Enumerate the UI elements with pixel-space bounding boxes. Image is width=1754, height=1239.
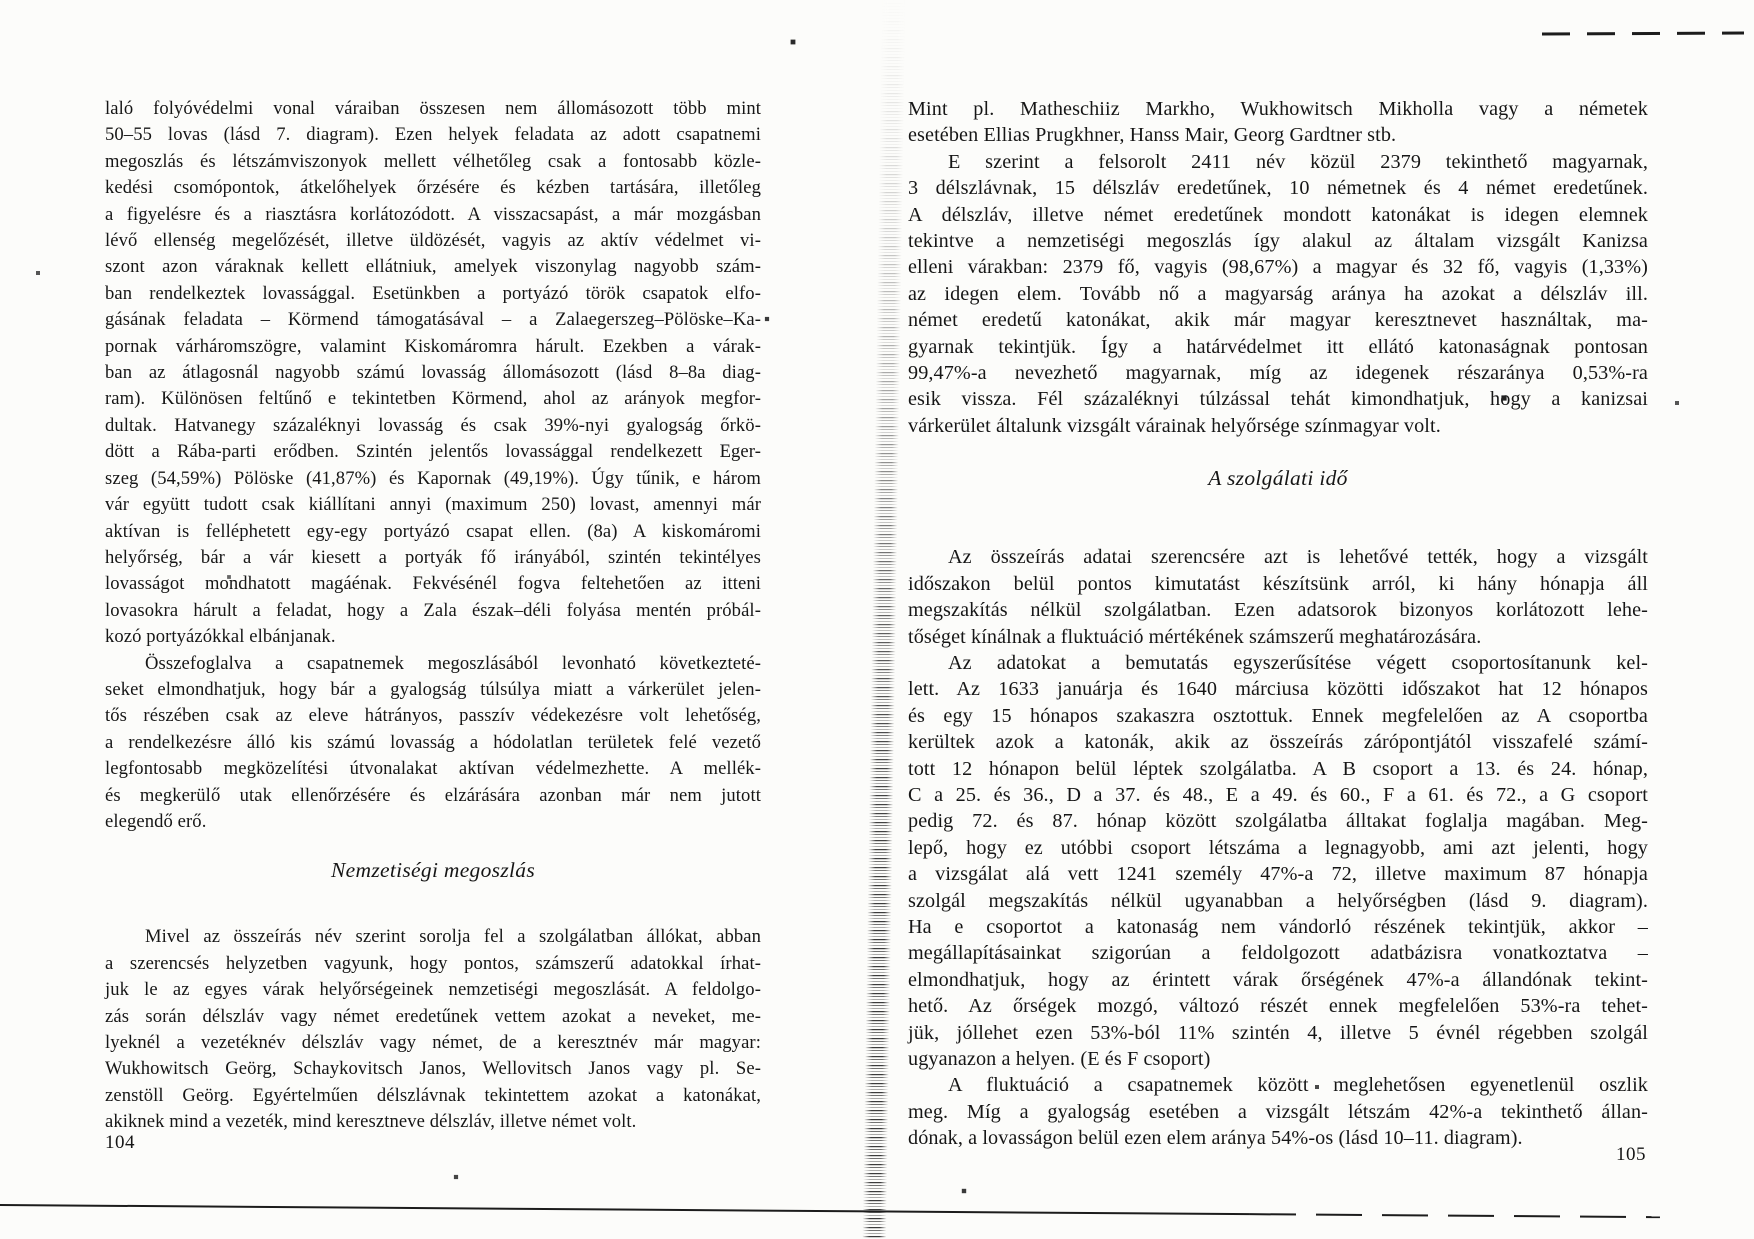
text-line: elmondhatjuk, hogy az érintett várak őrs… bbox=[908, 967, 1648, 993]
text-line: Ha e csoportot a katonaság nem vándorló … bbox=[908, 914, 1648, 940]
text-line: pedig 72. és 87. hónap között szolgálatb… bbox=[908, 808, 1648, 834]
right-page-blocks: Mint pl. Matheschiiz Markho, Wukhowitsch… bbox=[908, 96, 1648, 1152]
text-line: Az összeírás adatai szerencsére azt is l… bbox=[908, 544, 1648, 570]
text-line: dött a Rába-parti erődben. Szintén jelen… bbox=[105, 439, 761, 465]
text-line: jük, jóllehet ezen 53%-ból 11% szintén 4… bbox=[908, 1020, 1648, 1046]
text-line: a szerencsés helyzetben vagyunk, hogy po… bbox=[105, 951, 761, 977]
text-line: Mivel az összeírás név szerint sorolja f… bbox=[105, 924, 761, 950]
text-line: Összefoglalva a csapatnemek megoszlásábó… bbox=[105, 651, 761, 677]
text-line: szeg (54,59%) Pölöske (41,87%) és Kaporn… bbox=[105, 466, 761, 492]
text-line: kerültek azok a katonák, akik az összeír… bbox=[908, 729, 1648, 755]
text-line: a figyelésre és a riasztásra korlátozódo… bbox=[105, 202, 761, 228]
text-line: elleni várakban: 2379 fő, vagyis (98,67%… bbox=[908, 254, 1648, 280]
text-line: megoszlás és létszámviszonyok mellett vé… bbox=[105, 149, 761, 175]
text-line: 3 délszlávnak, 15 délszláv eredetűnek, 1… bbox=[908, 175, 1648, 201]
text-line: tekintve a nemzetiségi megoszlás így ala… bbox=[908, 228, 1648, 254]
text-line: szont azon váraknak kellett ellátniuk, a… bbox=[105, 254, 761, 280]
text-line: gásának feladata – Körmend támogatásával… bbox=[105, 307, 761, 333]
bottom-rule-solid-segment bbox=[0, 1204, 1250, 1215]
section-heading: Nemzetiségi megoszlás bbox=[105, 857, 761, 884]
text-line: laló folyóvédelmi vonal váraiban összese… bbox=[105, 96, 761, 122]
scan-artifact-bottom-rule bbox=[0, 1204, 1660, 1219]
text-line: zás során délszláv vagy német eredetűnek… bbox=[105, 1004, 761, 1030]
text-line: Az adatokat a bemutatás egyszerűsítése v… bbox=[908, 650, 1648, 676]
scanned-book-spread: { "document": { "language": "Hungarian",… bbox=[0, 0, 1754, 1239]
text-line: tőséget kínálnak a fluktuáció mértékének… bbox=[908, 624, 1648, 650]
text-line: az idegen elem. Tovább nő a magyarság ar… bbox=[908, 281, 1648, 307]
text-line: megállapításainkat szigorúan a feldolgoz… bbox=[908, 940, 1648, 966]
left-page-text-column: laló folyóvédelmi vonal váraiban összese… bbox=[105, 96, 761, 1136]
bottom-rule-dashed-segment bbox=[1250, 1213, 1660, 1218]
text-line: ban az átlagosnál nagyobb számú lovasság… bbox=[105, 360, 761, 386]
text-line: kedési csomópontok, átkelőhelyek őrzésér… bbox=[105, 175, 761, 201]
text-line: akiknek mind a vezeték, mind keresztneve… bbox=[105, 1109, 761, 1135]
text-line: lovasokra hárult a feladat, hogy a Zala … bbox=[105, 598, 761, 624]
text-line: meg. Míg a gyalogság esetében a vizsgált… bbox=[908, 1099, 1648, 1125]
text-line: lepő, hogy ez utóbbi csoport létszáma a … bbox=[908, 835, 1648, 861]
text-line: 50–55 lovas (lásd 7. diagram). Ezen hely… bbox=[105, 122, 761, 148]
text-line: elegendő erő. bbox=[105, 809, 761, 835]
text-line: dónak, a lovasságon belül ezen elem arán… bbox=[908, 1125, 1648, 1151]
text-line: lovasságot mondhatott magáénak. Fekvésén… bbox=[105, 571, 761, 597]
text-line: E szerint a felsorolt 2411 név közül 237… bbox=[908, 149, 1648, 175]
text-line: legfontosabb megközelítési útvonalakat a… bbox=[105, 756, 761, 782]
text-line: Wukhowitsch Geörg, Schaykovitsch Janos, … bbox=[105, 1056, 761, 1082]
text-line: vár együtt tudott csak kiállítani annyi … bbox=[105, 492, 761, 518]
text-line: ram). Különösen feltűnő e tekintetben Kö… bbox=[105, 386, 761, 412]
text-line: seket elmondhatjuk, hogy bár a gyalogság… bbox=[105, 677, 761, 703]
text-line: helyőrség, bár a vár kiesett a portyák f… bbox=[105, 545, 761, 571]
text-line: lyeknél a vezetéknév délszláv vagy német… bbox=[105, 1030, 761, 1056]
text-line: német eredetű katonákat, akik már magyar… bbox=[908, 307, 1648, 333]
section-heading: A szolgálati idő bbox=[908, 465, 1648, 492]
text-line: A délszláv, illetve német eredetűnek mon… bbox=[908, 202, 1648, 228]
text-line: A fluktuáció a csapatnemek között megleh… bbox=[908, 1072, 1648, 1098]
text-line: a rendelkezésre álló kis számú lovasság … bbox=[105, 730, 761, 756]
text-line: C a 25. és 36., D a 37. és 48., E a 49. … bbox=[908, 782, 1648, 808]
page-number-right: 105 bbox=[1616, 1144, 1646, 1166]
text-line: kozó portyázókkal elbánjanak. bbox=[105, 624, 761, 650]
text-line: esetében Ellias Prugkhner, Hanss Mair, G… bbox=[908, 122, 1648, 148]
binding-shadow-band bbox=[862, 0, 906, 1239]
text-line: ban rendelkeztek lovassággal. Esetünkben… bbox=[105, 281, 761, 307]
text-line: várkerület általunk vizsgált várainak he… bbox=[908, 413, 1648, 439]
text-line: esik vissza. Fél százaléknyi túlzással t… bbox=[908, 386, 1648, 412]
text-line: szolgál megszakítás nélkül ugyanabban a … bbox=[908, 888, 1648, 914]
text-line: 99,47%-a nevezhető magyarnak, míg az ide… bbox=[908, 360, 1648, 386]
scan-artifact-top-dashes bbox=[1542, 31, 1744, 35]
text-line: a vizsgálat alá vett 1241 személy 47%-a … bbox=[908, 861, 1648, 887]
right-page-text-column: Mint pl. Matheschiiz Markho, Wukhowitsch… bbox=[908, 96, 1648, 1152]
text-line: dultak. Hatvanegy százaléknyi lovasság é… bbox=[105, 413, 761, 439]
text-line: megszakítás nélkül szolgálatban. Ezen ad… bbox=[908, 597, 1648, 623]
text-line: ugyanazon a helyen. (E és F csoport) bbox=[908, 1046, 1648, 1072]
text-line: aktívan is felléphetett egy-egy portyázó… bbox=[105, 519, 761, 545]
text-line: juk le az egyes várak helyőrségeinek nem… bbox=[105, 977, 761, 1003]
text-line: és egy 15 hónapos szakaszra osztottuk. E… bbox=[908, 703, 1648, 729]
page-number-left: 104 bbox=[105, 1132, 135, 1154]
text-line: tős részében csak az eleve hátrányos, pa… bbox=[105, 703, 761, 729]
scan-specks bbox=[0, 0, 2, 2]
text-line: gyarnak tekintjük. Így a határvédelmet i… bbox=[908, 334, 1648, 360]
text-line: Mint pl. Matheschiiz Markho, Wukhowitsch… bbox=[908, 96, 1648, 122]
text-line: pornak várháromszögre, valamint Kiskomár… bbox=[105, 334, 761, 360]
text-line: időszakon belül pontos kimutatást készít… bbox=[908, 571, 1648, 597]
text-line: és megkerülő utak ellenőrzésére és elzár… bbox=[105, 783, 761, 809]
left-page-blocks: laló folyóvédelmi vonal váraiban összese… bbox=[105, 96, 761, 1136]
text-line: zenstöll Geörg. Egyértelműen délszlávnak… bbox=[105, 1083, 761, 1109]
text-line: lett. Az 1633 januárja és 1640 márciusa … bbox=[908, 676, 1648, 702]
text-line: hető. Az őrségek mozgó, változó részét e… bbox=[908, 993, 1648, 1019]
text-line: tott 12 hónapon belül léptek szolgálatba… bbox=[908, 756, 1648, 782]
text-line: lévő ellenség megelőzését, illetve üldöz… bbox=[105, 228, 761, 254]
